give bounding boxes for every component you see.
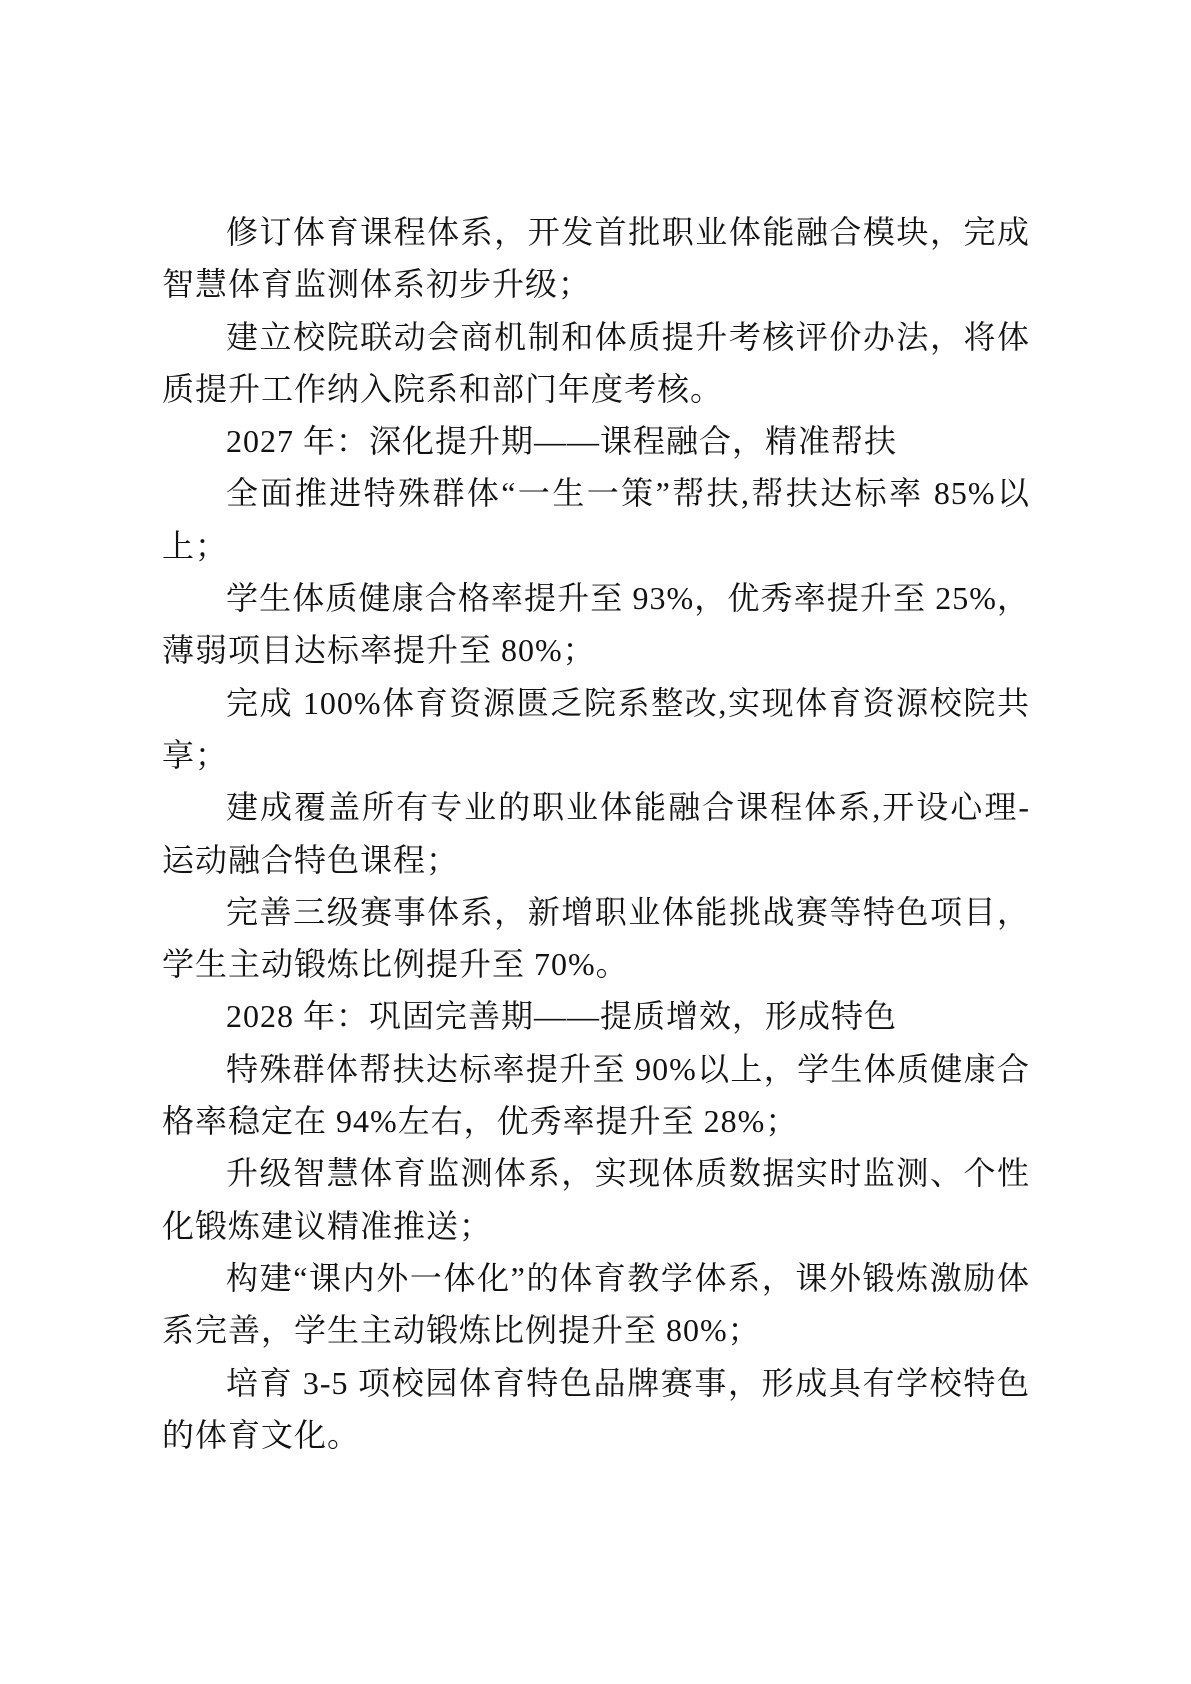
paragraph-smart-monitoring-upgrade: 升级智慧体育监测体系，实现体质数据实时监测、个性化锻炼建议精准推送； bbox=[162, 1147, 1030, 1252]
paragraph-curriculum-revision: 修订体育课程体系，开发首批职业体能融合模块，完成智慧体育监测体系初步升级； bbox=[162, 206, 1030, 311]
document-text-block: 修订体育课程体系，开发首批职业体能融合模块，完成智慧体育监测体系初步升级； 建立… bbox=[162, 206, 1030, 1461]
phase-heading-2027: 2027 年：深化提升期——课程融合，精准帮扶 bbox=[162, 415, 1030, 467]
paragraph-special-group-support: 全面推进特殊群体“一生一策”帮扶,帮扶达标率 85%以上； bbox=[162, 467, 1030, 572]
paragraph-vocational-fitness-courses: 建成覆盖所有专业的职业体能融合课程体系,开设心理-运动融合特色课程； bbox=[162, 781, 1030, 886]
phase-heading-2028: 2028 年：巩固完善期——提质增效，形成特色 bbox=[162, 990, 1030, 1042]
paragraph-school-college-mechanism: 建立校院联动会商机制和体质提升考核评价办法，将体质提升工作纳入院系和部门年度考核… bbox=[162, 311, 1030, 416]
paragraph-resource-rectification: 完成 100%体育资源匮乏院系整改,实现体育资源校院共享； bbox=[162, 677, 1030, 782]
paragraph-integrated-teaching-system: 构建“课内外一体化”的体育教学体系，课外锻炼激励体系完善，学生主动锻炼比例提升至… bbox=[162, 1252, 1030, 1357]
paragraph-fitness-pass-rate-2028: 特殊群体帮扶达标率提升至 90%以上，学生体质健康合格率稳定在 94%左右，优秀… bbox=[162, 1043, 1030, 1148]
paragraph-brand-events: 培育 3-5 项校园体育特色品牌赛事，形成具有学校特色的体育文化。 bbox=[162, 1357, 1030, 1462]
document-page: 修订体育课程体系，开发首批职业体能融合模块，完成智慧体育监测体系初步升级； 建立… bbox=[0, 0, 1191, 1684]
paragraph-competition-system: 完善三级赛事体系，新增职业体能挑战赛等特色项目，学生主动锻炼比例提升至 70%。 bbox=[162, 886, 1030, 991]
paragraph-fitness-pass-rate-2027: 学生体质健康合格率提升至 93%，优秀率提升至 25%，薄弱项目达标率提升至 8… bbox=[162, 572, 1030, 677]
